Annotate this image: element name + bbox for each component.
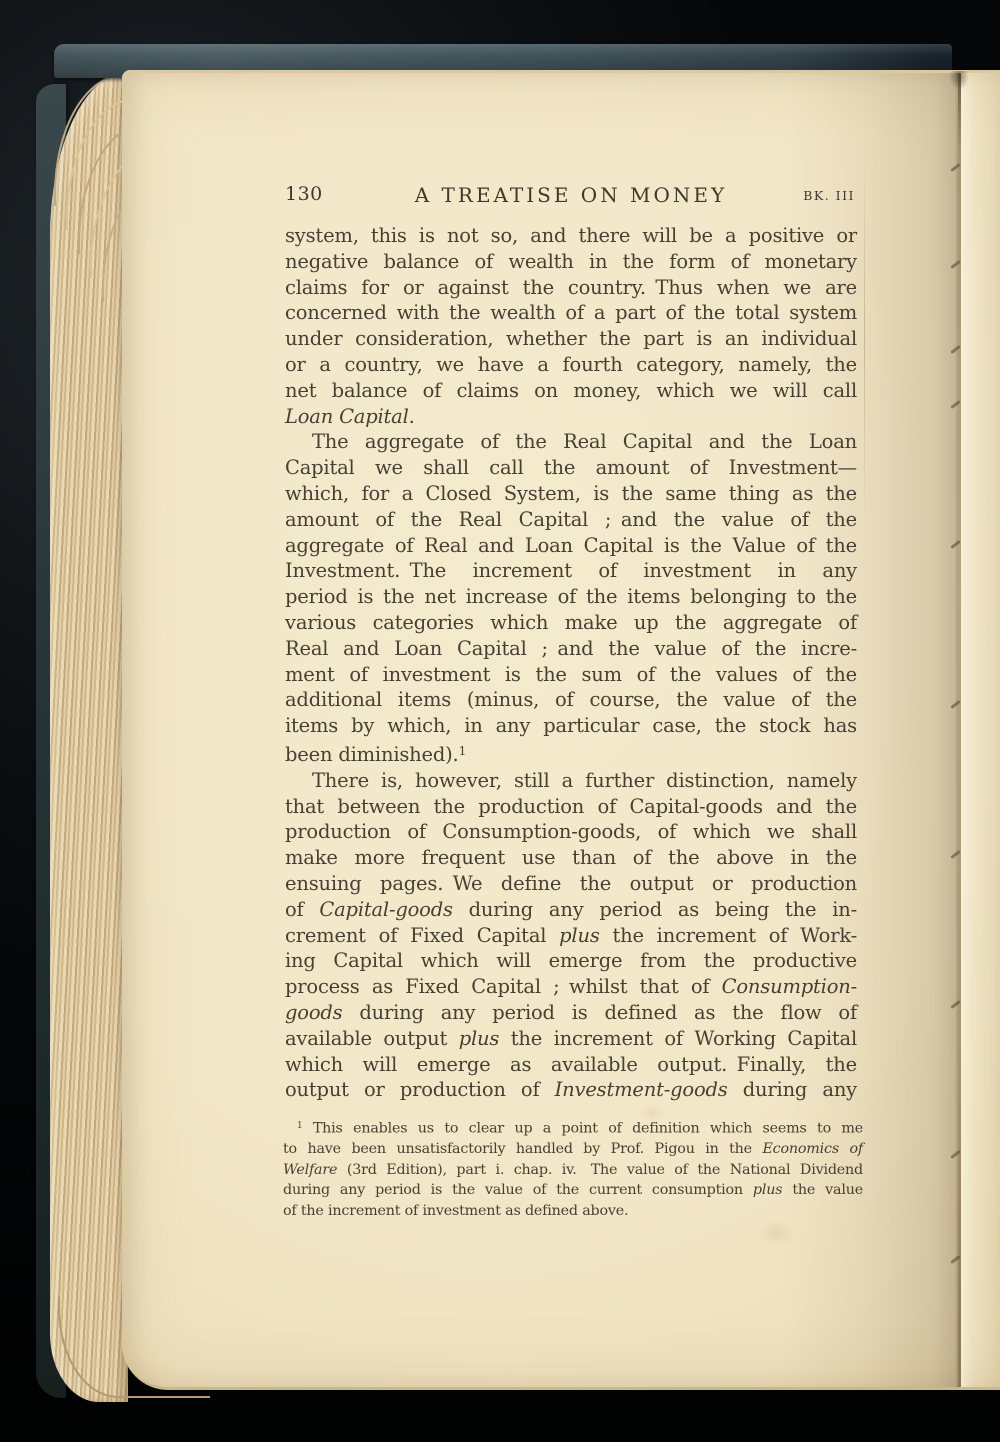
- text-segment: that between the production of Capital-g…: [285, 795, 857, 818]
- footnote-text: 1 This enables us to clear up a point of…: [283, 1116, 863, 1221]
- text-line: ensuing pages. We define the output or p…: [285, 871, 857, 897]
- italic-segment: Welfare: [283, 1162, 337, 1178]
- text-segment: negative balance of wealth in the form o…: [285, 250, 857, 273]
- text-segment: ensuing pages. We define the output or p…: [285, 872, 857, 895]
- text-line: ing Capital which will emerge from the p…: [285, 948, 857, 974]
- italic-segment: goods: [285, 1001, 342, 1024]
- text-segment: production of Consumption-goods, of whic…: [285, 820, 857, 843]
- text-segment: period is the net increase of the items …: [285, 585, 857, 608]
- text-segment: of: [285, 898, 319, 921]
- text-segment: aggregate of Real and Loan Capital is th…: [285, 534, 857, 557]
- text-segment: during any period is the value of the cu…: [283, 1182, 753, 1198]
- text-segment: during any period as being the in-: [453, 898, 857, 921]
- text-segment: The aggregate of the Real Capital and th…: [312, 430, 857, 453]
- text-line: of the increment of investment as define…: [283, 1201, 863, 1222]
- book-page: 130 A TREATISE ON MONEY BK. III system, …: [122, 70, 1000, 1390]
- text-line: Loan Capital.: [285, 404, 857, 430]
- text-line: net balance of claims on money, which we…: [285, 378, 857, 404]
- running-title: A TREATISE ON MONEY: [285, 183, 857, 207]
- italic-segment: plus: [753, 1182, 782, 1198]
- page-number: 130: [285, 183, 323, 205]
- text-line: items by which, in any particular case, …: [285, 713, 857, 739]
- page-crease: [864, 149, 865, 529]
- page-header: 130 A TREATISE ON MONEY BK. III: [285, 183, 857, 211]
- text-line: concerned with the wealth of a part of t…: [285, 300, 857, 326]
- text-line: Investment. The increment of investment …: [285, 558, 857, 584]
- text-segment: to have been unsatisfactorily handled by…: [283, 1141, 762, 1157]
- text-line: goods during any period is defined as th…: [285, 1000, 857, 1026]
- italic-segment: plus: [459, 1027, 500, 1050]
- text-line: production of Consumption-goods, of whic…: [285, 819, 857, 845]
- footnote-marker: 1: [459, 744, 467, 758]
- text-line: 1 This enables us to clear up a point of…: [283, 1116, 863, 1139]
- text-segment: of the increment of investment as define…: [283, 1203, 628, 1219]
- text-line: aggregate of Real and Loan Capital is th…: [285, 533, 857, 559]
- text-line: under consideration, whether the part is…: [285, 326, 857, 352]
- italic-segment: plus: [559, 924, 600, 947]
- text-segment: during any: [728, 1078, 857, 1101]
- italic-segment: Investment-goods: [555, 1078, 728, 1101]
- text-line: additional items (minus, of course, the …: [285, 687, 857, 713]
- text-line: available output plus the increment of W…: [285, 1026, 857, 1052]
- text-segment: the value: [782, 1182, 863, 1198]
- text-line: Welfare (3rd Edition), part i. chap. iv.…: [283, 1160, 863, 1181]
- binding-seam: [958, 73, 961, 1387]
- text-line: to have been unsatisfactorily handled by…: [283, 1139, 863, 1160]
- italic-segment: Economics of: [762, 1141, 863, 1157]
- text-line: of Capital-goods during any period as be…: [285, 897, 857, 923]
- text-line: crement of Fixed Capital plus the increm…: [285, 923, 857, 949]
- text-line: Capital we shall call the amount of Inve…: [285, 455, 857, 481]
- text-segment: the increment of Working Capital: [499, 1027, 857, 1050]
- text-line: period is the net increase of the items …: [285, 584, 857, 610]
- text-segment: which, for a Closed System, is the same …: [285, 482, 857, 505]
- text-line: during any period is the value of the cu…: [283, 1180, 863, 1201]
- photo-background: 130 A TREATISE ON MONEY BK. III system, …: [0, 0, 1000, 1442]
- text-segment: various categories which make up the agg…: [285, 611, 857, 634]
- text-segment: or a country, we have a fourth category,…: [285, 353, 857, 376]
- text-line: that between the production of Capital-g…: [285, 794, 857, 820]
- text-segment: process as Fixed Capital ; whilst that o…: [285, 975, 722, 998]
- text-segment: make more frequent use than of the above…: [285, 846, 857, 869]
- text-line: claims for or against the country. Thus …: [285, 275, 857, 301]
- text-line: make more frequent use than of the above…: [285, 845, 857, 871]
- text-line: negative balance of wealth in the form o…: [285, 249, 857, 275]
- text-segment: which will emerge as available output. F…: [285, 1053, 857, 1076]
- italic-segment: Consumption-: [722, 975, 857, 998]
- text-line: Real and Loan Capital ; and the value of…: [285, 636, 857, 662]
- text-segment: claims for or against the country. Thus …: [285, 276, 857, 299]
- text-line: system, this is not so, and there will b…: [285, 223, 857, 249]
- text-segment: net balance of claims on money, which we…: [285, 379, 857, 402]
- text-line: or a country, we have a fourth category,…: [285, 352, 857, 378]
- text-segment: Real and Loan Capital ; and the value of…: [285, 637, 857, 660]
- italic-segment: Capital-goods: [319, 898, 452, 921]
- text-segment: during any period is defined as the flow…: [342, 1001, 857, 1024]
- text-segment: ing Capital which will emerge from the p…: [285, 949, 857, 972]
- text-segment: additional items (minus, of course, the …: [285, 688, 857, 711]
- text-line: ment of investment is the sum of the val…: [285, 662, 857, 688]
- text-line: which, for a Closed System, is the same …: [285, 481, 857, 507]
- text-segment: system, this is not so, and there will b…: [285, 224, 857, 247]
- text-segment: concerned with the wealth of a part of t…: [285, 301, 857, 324]
- text-segment: items by which, in any particular case, …: [285, 714, 857, 737]
- text-segment: Capital we shall call the amount of Inve…: [285, 456, 857, 479]
- text-segment: ment of investment is the sum of the val…: [285, 663, 857, 686]
- text-line: The aggregate of the Real Capital and th…: [285, 429, 857, 455]
- text-segment: This enables us to clear up a point of d…: [302, 1120, 863, 1136]
- italic-segment: Loan Capital.: [285, 405, 415, 428]
- text-line: There is, however, still a further disti…: [285, 768, 857, 794]
- text-segment: output or production of: [285, 1078, 555, 1101]
- text-segment: under consideration, whether the part is…: [285, 327, 857, 350]
- facing-page-edge: [961, 73, 1000, 1387]
- book-part-label: BK. III: [803, 188, 855, 203]
- binding-seam-notch: [948, 71, 970, 97]
- text-segment: been diminished).: [285, 743, 459, 766]
- text-segment: There is, however, still a further disti…: [312, 769, 857, 792]
- text-line: been diminished).1: [285, 739, 857, 768]
- text-segment: (3rd Edition), part i. chap. iv. The val…: [337, 1162, 863, 1178]
- text-segment: crement of Fixed Capital: [285, 924, 559, 947]
- text-segment: amount of the Real Capital ; and the val…: [285, 508, 857, 531]
- text-line: output or production of Investment-goods…: [285, 1077, 857, 1103]
- text-segment: the increment of Work-: [600, 924, 857, 947]
- text-line: process as Fixed Capital ; whilst that o…: [285, 974, 857, 1000]
- text-segment: available output: [285, 1027, 459, 1050]
- text-line: which will emerge as available output. F…: [285, 1052, 857, 1078]
- text-line: amount of the Real Capital ; and the val…: [285, 507, 857, 533]
- body-text: system, this is not so, and there will b…: [285, 223, 857, 1103]
- text-line: various categories which make up the agg…: [285, 610, 857, 636]
- text-segment: Investment. The increment of investment …: [285, 559, 857, 582]
